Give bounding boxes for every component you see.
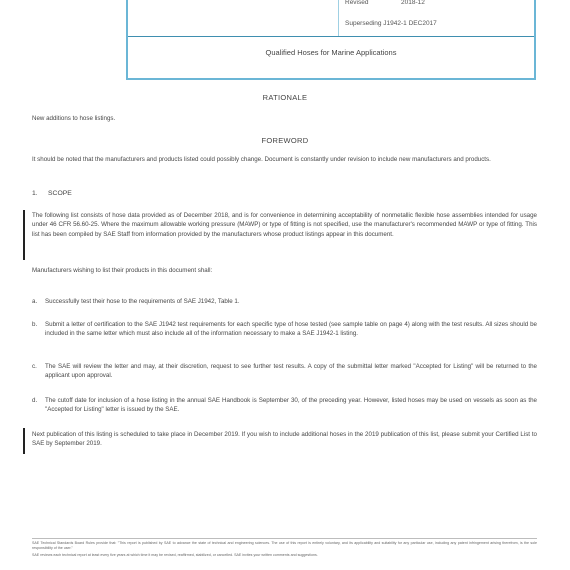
scope-number: 1. [32, 190, 48, 197]
list-marker: c. [32, 362, 37, 371]
document-header-box: Revised2018-12 Superseding J1942-1 DEC20… [126, 0, 536, 80]
superseding-label: Superseding J1942-1 DEC2017 [345, 20, 437, 27]
document-title: Qualified Hoses for Marine Applications [128, 48, 534, 57]
rationale-heading: RATIONALE [0, 93, 570, 102]
change-bar [23, 210, 25, 260]
scope-paragraph: The following list consists of hose data… [32, 211, 537, 239]
revised-label: Revised [345, 0, 401, 6]
change-bar [23, 428, 25, 454]
scope-heading: 1.SCOPE [32, 190, 72, 197]
revised-value: 2018-12 [401, 0, 425, 6]
list-text: Successfully test their hose to the requ… [45, 297, 537, 306]
list-text: The cutoff date for inclusion of a hose … [45, 396, 537, 415]
next-publication-text: Next publication of this listing is sche… [32, 430, 537, 449]
footer-note-rules: SAE Technical Standards Board Rules prov… [32, 541, 537, 551]
foreword-text: It should be noted that the manufacturer… [32, 155, 537, 164]
rationale-text: New additions to hose listings. [32, 114, 537, 123]
revised-row: Revised2018-12 [345, 0, 425, 6]
document-page: Revised2018-12 Superseding J1942-1 DEC20… [0, 0, 570, 570]
list-text: Submit a letter of certification to the … [45, 320, 537, 339]
scope-title: SCOPE [48, 190, 72, 197]
list-marker: b. [32, 320, 37, 329]
footer-note-review: SAE reviews each technical report at lea… [32, 553, 537, 558]
foreword-heading: FOREWORD [0, 136, 570, 145]
header-top-section: Revised2018-12 Superseding J1942-1 DEC20… [128, 0, 534, 37]
list-marker: a. [32, 297, 37, 306]
superseding-row: Superseding J1942-1 DEC2017 [345, 20, 437, 27]
header-meta: Revised2018-12 Superseding J1942-1 DEC20… [338, 0, 535, 36]
list-marker: d. [32, 396, 37, 405]
list-text: The SAE will review the letter and may, … [45, 362, 537, 381]
footer-divider [32, 538, 537, 539]
scope-intro: Manufacturers wishing to list their prod… [32, 266, 537, 275]
